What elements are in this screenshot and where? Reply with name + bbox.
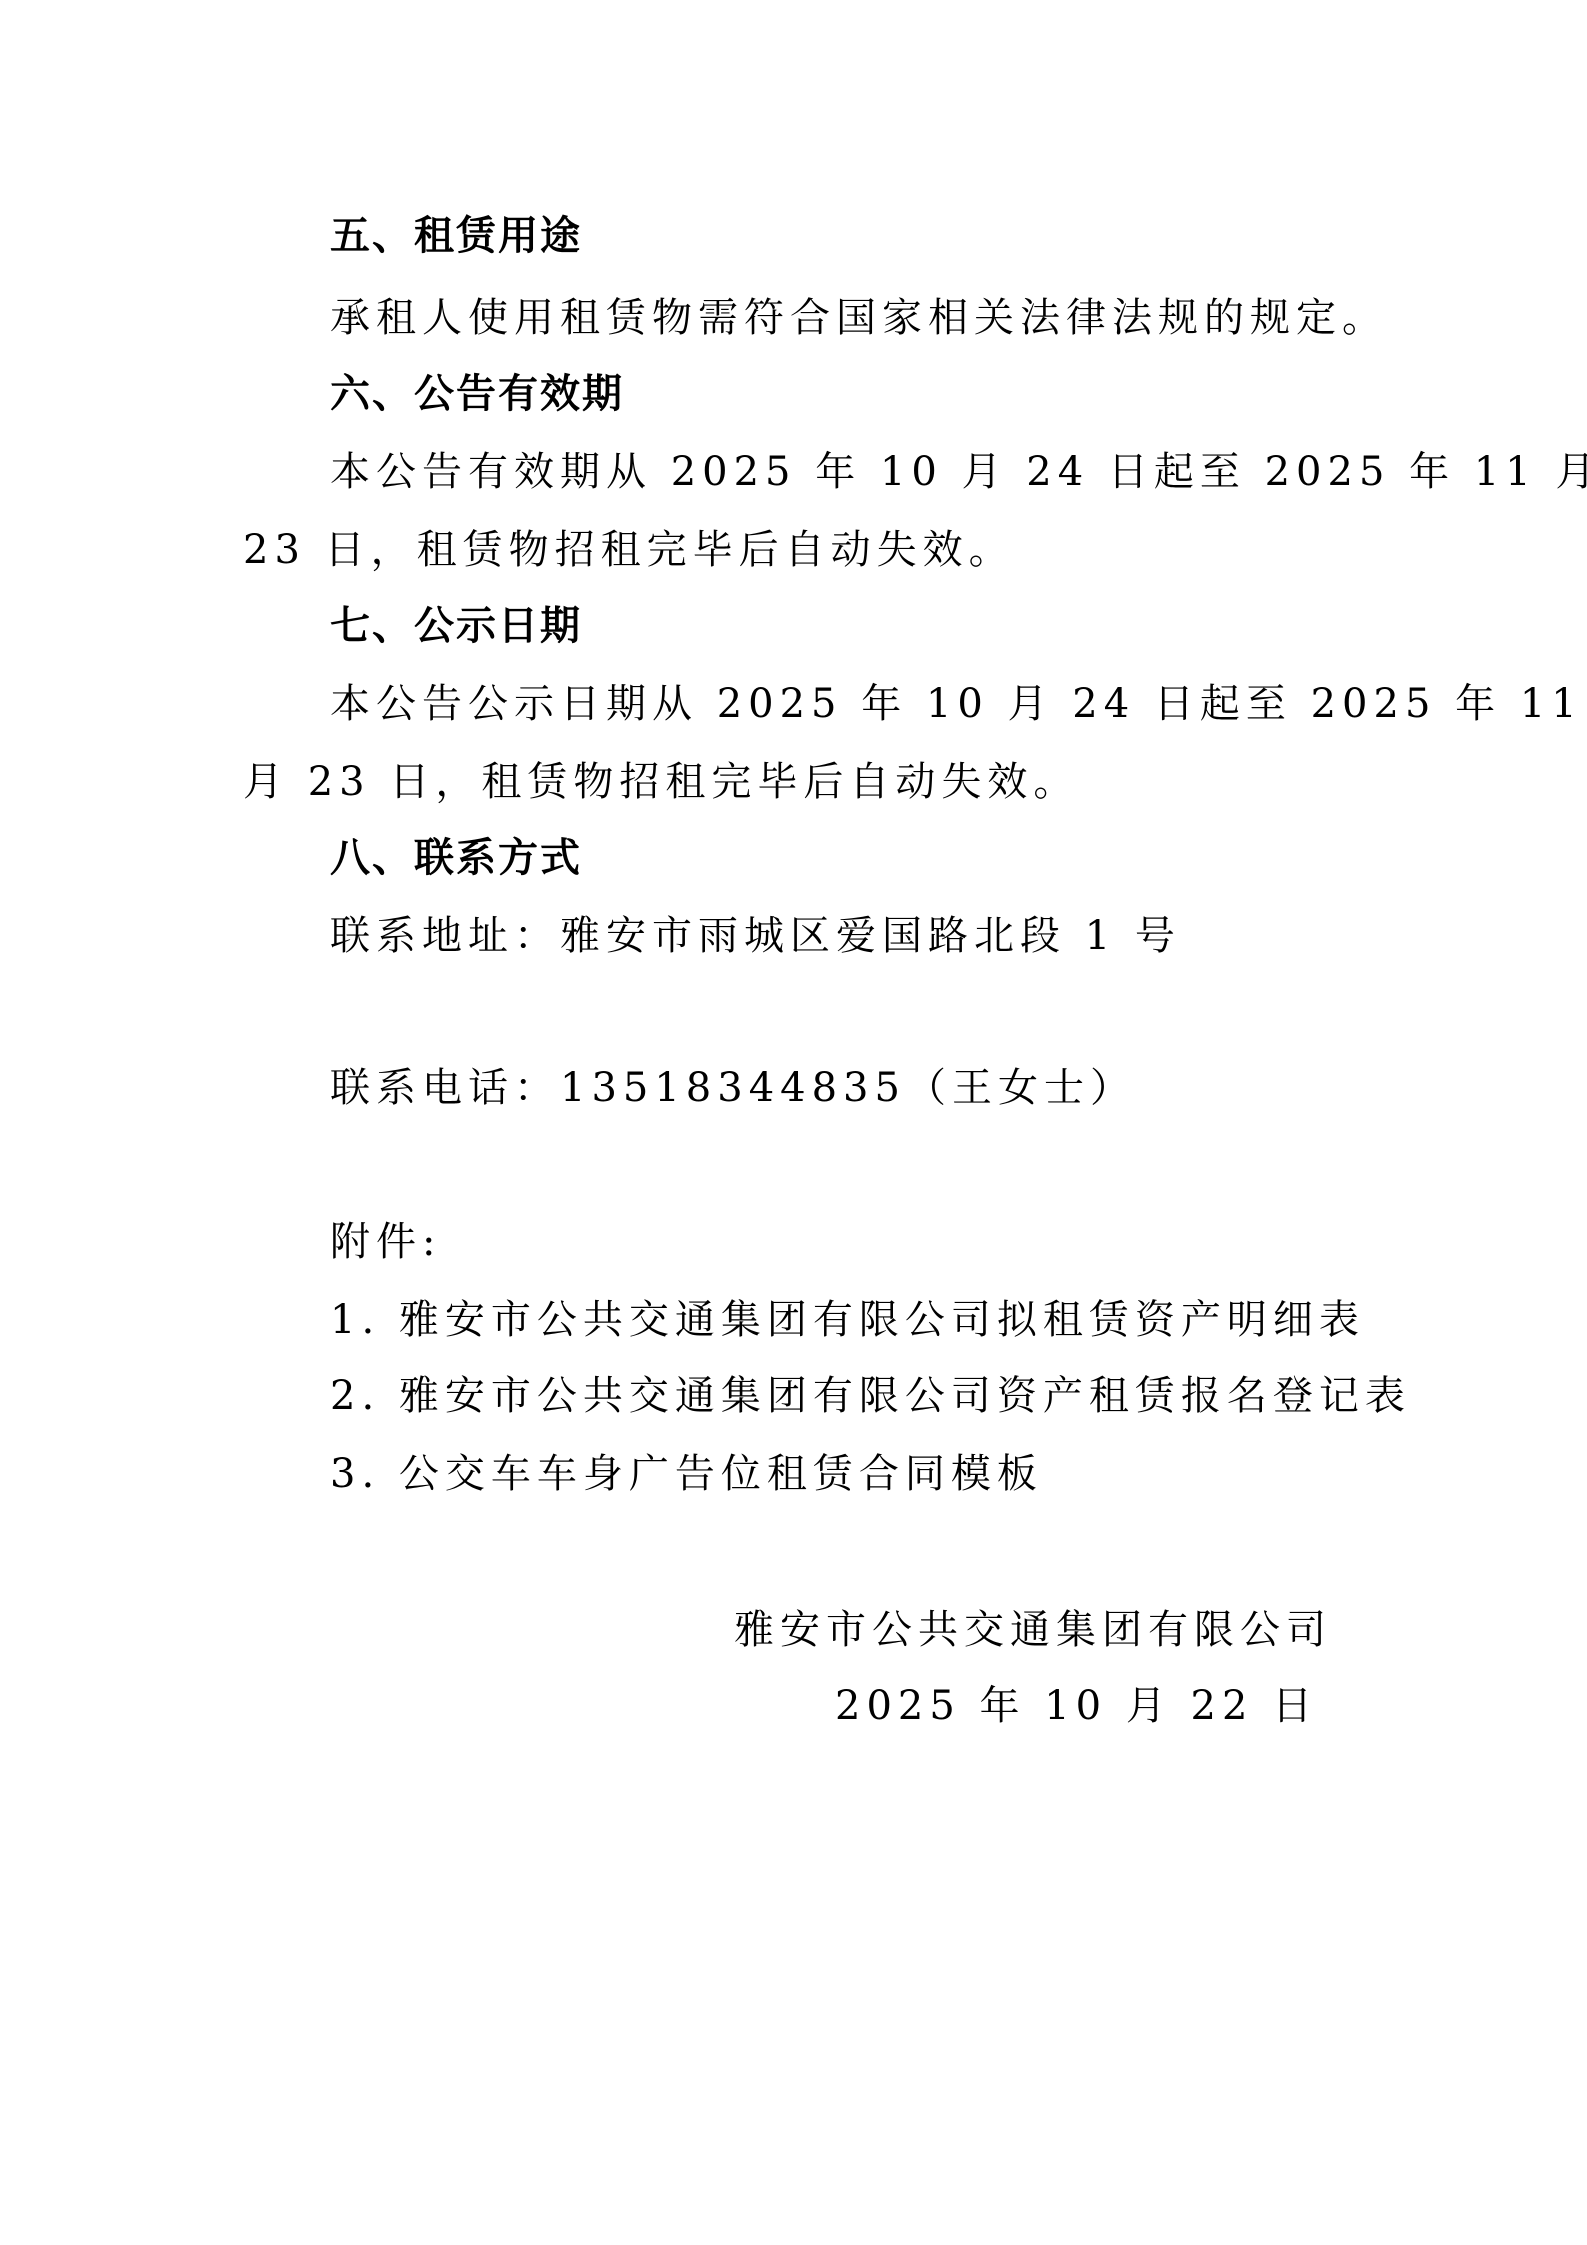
attachments-label: 附件:: [330, 1218, 441, 1266]
section-body-publicity-line2: 月 23 日，租赁物招租完毕后自动失效。: [243, 758, 1079, 806]
contact-address: 联系地址：雅安市雨城区爱国路北段 1 号: [330, 912, 1181, 960]
section-body-validity-line1: 本公告有效期从 2025 年 10 月 24 日起至 2025 年 11 月: [330, 448, 1587, 496]
section-body-validity-line2: 23 日，租赁物招租完毕后自动失效。: [243, 526, 1015, 574]
section-body-usage: 承租人使用租赁物需符合国家相关法律法规的规定。: [330, 294, 1388, 342]
section-heading-contact: 八、联系方式: [330, 834, 582, 882]
section-body-publicity-line1: 本公告公示日期从 2025 年 10 月 24 日起至 2025 年 11: [330, 680, 1583, 728]
contact-phone: 联系电话：13518344835（王女士）: [330, 1064, 1136, 1112]
section-heading-validity: 六、公告有效期: [330, 370, 624, 418]
signature-organization: 雅安市公共交通集团有限公司: [734, 1606, 1332, 1654]
attachment-item-3: 3. 公交车车身广告位租赁合同模板: [330, 1450, 1043, 1498]
signature-date: 2025 年 10 月 22 日: [835, 1682, 1318, 1730]
attachment-item-1: 1. 雅安市公共交通集团有限公司拟租赁资产明细表: [330, 1296, 1365, 1344]
section-heading-publicity-date: 七、公示日期: [330, 602, 582, 650]
attachment-item-2: 2. 雅安市公共交通集团有限公司资产租赁报名登记表: [330, 1372, 1411, 1420]
section-heading-usage: 五、租赁用途: [330, 212, 582, 260]
document-page: 五、租赁用途 承租人使用租赁物需符合国家相关法律法规的规定。 六、公告有效期 本…: [0, 0, 1587, 2245]
